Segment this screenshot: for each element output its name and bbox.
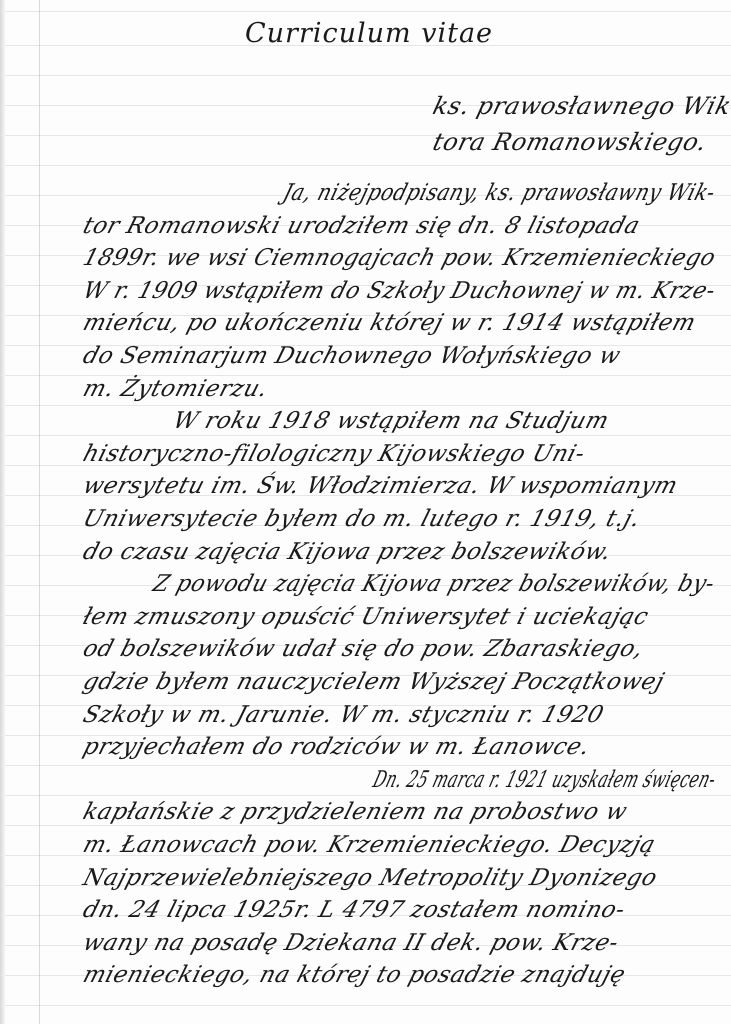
- document-title: Curriculum vitae: [245, 18, 493, 49]
- handwritten-line: mienieckiego, na której to posadzie znaj…: [80, 962, 629, 988]
- handwritten-line: Dn. 25 marca r. 1921 uzyskałem święcen-: [370, 767, 719, 793]
- handwritten-line: Najprzewielebniejszego Metropolity Dyoni…: [80, 865, 660, 891]
- handwritten-line: historyczno-filologiczny Kijowskiego Uni…: [80, 441, 588, 467]
- handwritten-line: dn. 24 lipca 1925r. L 4797 zostałem nomi…: [80, 897, 628, 923]
- margin-rule: [39, 0, 40, 1024]
- addressee-line-2: tora Romanowskiego.: [430, 128, 710, 156]
- handwritten-line: wany na posadę Dziekana II dek. pow. Krz…: [80, 930, 622, 956]
- handwritten-line: kapłańskie z przydzieleniem na probostwo…: [80, 799, 630, 825]
- handwritten-line: mieńcu, po ukończeniu której w r. 1914 w…: [80, 310, 699, 336]
- handwritten-line: 1899r. we wsi Ciemnogajcach pow. Krzemie…: [80, 245, 719, 271]
- handwritten-line: Ja, niżejpodpisany, ks. prawosławny Wik-: [280, 180, 718, 206]
- handwritten-line: wersytetu im. Św. Włodzimierza. W wspomi…: [80, 473, 681, 499]
- handwritten-line: W r. 1909 wstąpiłem do Szkoły Duchownej …: [80, 278, 719, 304]
- handwritten-page: Curriculum vitae ks. prawosławnego Wik- …: [0, 0, 731, 1024]
- handwritten-line: Szkoły w m. Jarunie. W m. styczniu r. 19…: [80, 702, 607, 728]
- handwritten-line: do czasu zajęcia Kijowa przez bolszewikó…: [80, 539, 614, 565]
- handwritten-line: gdzie byłem nauczycielem Wyższej Początk…: [80, 669, 667, 695]
- handwritten-line: łem zmuszony opuścić Uniwersytet i uciek…: [80, 604, 652, 630]
- handwritten-line: m. Żytomierzu.: [80, 376, 271, 402]
- addressee-line-1: ks. prawosławnego Wik-: [430, 92, 731, 120]
- handwritten-line: Z powodu zajęcia Kijowa przez bolszewikó…: [150, 571, 718, 597]
- scan-edge-shadow: [0, 0, 5, 1024]
- handwritten-line: przyjechałem do rodziców w m. Łanowce.: [80, 734, 593, 760]
- handwritten-line: tor Romanowski urodziłem się dn. 8 listo…: [80, 213, 643, 239]
- handwritten-line: od bolszewików udał się do pow. Zbaraski…: [80, 636, 646, 662]
- handwritten-line: Uniwersytecie byłem do m. lutego r. 1919…: [80, 506, 643, 532]
- handwritten-line: W roku 1918 wstąpiłem na Studjum: [170, 408, 612, 434]
- handwritten-line: do Seminarjum Duchownego Wołyńskiego w: [80, 343, 624, 369]
- handwritten-line: m. Łanowcach pow. Krzemienieckiego. Decy…: [80, 832, 659, 858]
